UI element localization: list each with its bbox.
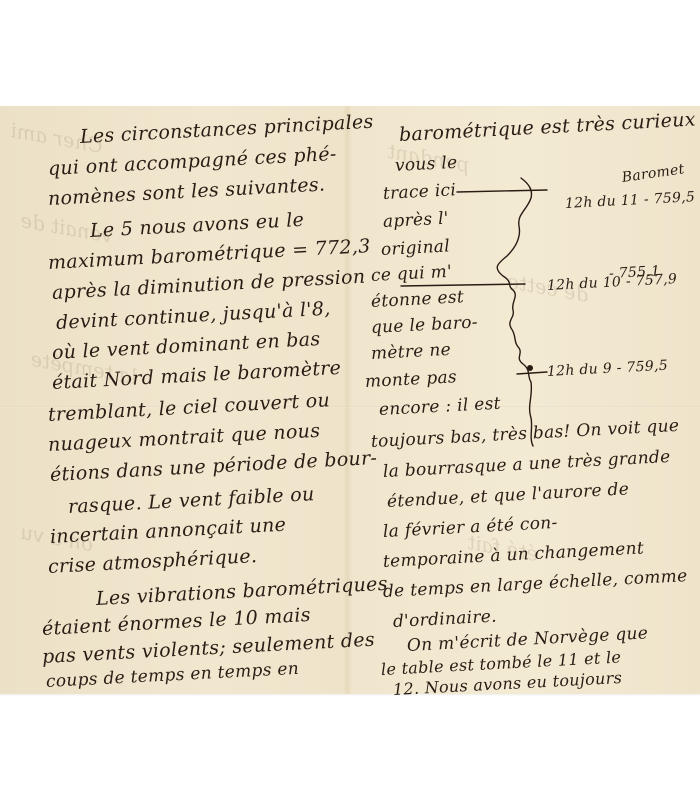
text-line: étonne est: [370, 287, 464, 312]
text-line: original: [380, 236, 450, 260]
text-line: Les vibrations barométriques: [95, 573, 388, 610]
text-line: de temps en large échelle, comme: [382, 566, 687, 602]
text-line: nomènes sont les suivantes.: [47, 173, 325, 209]
text-line: où le vent dominant en bas: [51, 328, 320, 364]
barograph-label: 12h du 9 - 759,5: [547, 358, 669, 380]
text-line: d'ordinaire.: [392, 607, 497, 632]
right-page: pendant de cette été fait barométrique e…: [347, 106, 700, 694]
text-line: toujours bas, très bas! On voit que: [370, 416, 679, 452]
barograph-label: 12h du 11 - 759,5: [565, 189, 696, 212]
text-line: mètre ne: [370, 340, 451, 364]
barograph-title: Baromet: [621, 161, 686, 186]
text-line: que le baro-: [370, 312, 478, 338]
text-line: étendue, et que l'aurore de: [386, 479, 629, 512]
text-line: trace ici: [382, 180, 456, 204]
text-line: Le 5 nous avons eu le: [89, 209, 304, 242]
text-line: monte pas: [364, 367, 457, 392]
barograph-label: 12h du 10 - 757,9: [547, 271, 678, 294]
text-line: nuageux montrait que nous: [47, 420, 320, 456]
text-line: ce qui m': [370, 262, 452, 286]
text-line: incertain annonçait une: [49, 514, 286, 548]
left-page: Cher ami venait de la tempête on a vu Le…: [0, 106, 347, 694]
text-line: barométrique est très curieux et je: [398, 106, 700, 146]
text-line: encore : il est: [378, 394, 501, 420]
text-line: rasque. Le vent faible ou: [67, 483, 315, 518]
text-line: après l': [382, 209, 449, 232]
text-line: la bourrasque a une très grande: [382, 447, 670, 482]
text-line: vous le: [394, 153, 457, 176]
letter-sheet: Cher ami venait de la tempête on a vu Le…: [0, 106, 700, 694]
